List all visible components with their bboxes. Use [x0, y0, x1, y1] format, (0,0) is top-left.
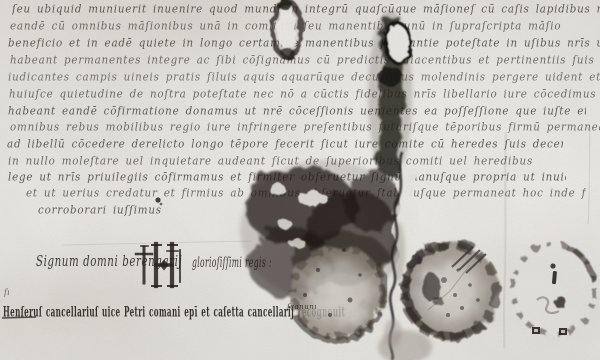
script-line: beneficio et in eadē quiete in longo cer… — [8, 38, 600, 50]
seal-impression-left — [291, 245, 385, 340]
script-line: corroborari iuſſimus — [38, 205, 162, 217]
royal-cross-h-monogram-icon — [134, 241, 186, 289]
signum-line-suffix: glorioſiſſimi regis : — [192, 256, 272, 272]
seal-hatch-marks — [452, 247, 486, 273]
script-line: ad libellū cōcedere derelicto longo tēpo… — [7, 139, 563, 151]
monogram-diamond — [160, 260, 169, 271]
script-line: habeant eandē cōfirmatione donamus ut nr… — [8, 106, 586, 118]
seal-speckles — [446, 268, 480, 317]
script-line: ſeu ubiquid muniuerit inuenire quod mund… — [12, 4, 600, 16]
script-line: habeant permanentes integre ac ſibi cōſi… — [10, 55, 600, 67]
margin-mark: ſı — [4, 288, 10, 297]
script-line: eandē cū omnibus māſionibus unā in comit… — [10, 21, 562, 33]
script-line: in nullo moleſtare uel inquietare audean… — [8, 156, 532, 168]
script-line: huiuſce quietudine de noſtra poteſtate n… — [9, 89, 600, 101]
seal-edge-text: ſcanunı — [287, 303, 317, 311]
script-line: iudicantes campis uineis pratis ſiluis a… — [8, 72, 600, 84]
script-line: et ut uerius credatur et firmius ab omni… — [26, 188, 586, 200]
script-line: lege ut nrīs priuilegiis cōfirmamus et f… — [8, 172, 566, 184]
seal-impression-middle — [402, 241, 498, 339]
seal-impression-right — [512, 243, 596, 335]
script-line: omnibus rebus mobilibus regio iure infri… — [10, 122, 600, 134]
charter-photograph: ſeu ubiquid muniuerit inuenire quod mund… — [0, 0, 600, 360]
